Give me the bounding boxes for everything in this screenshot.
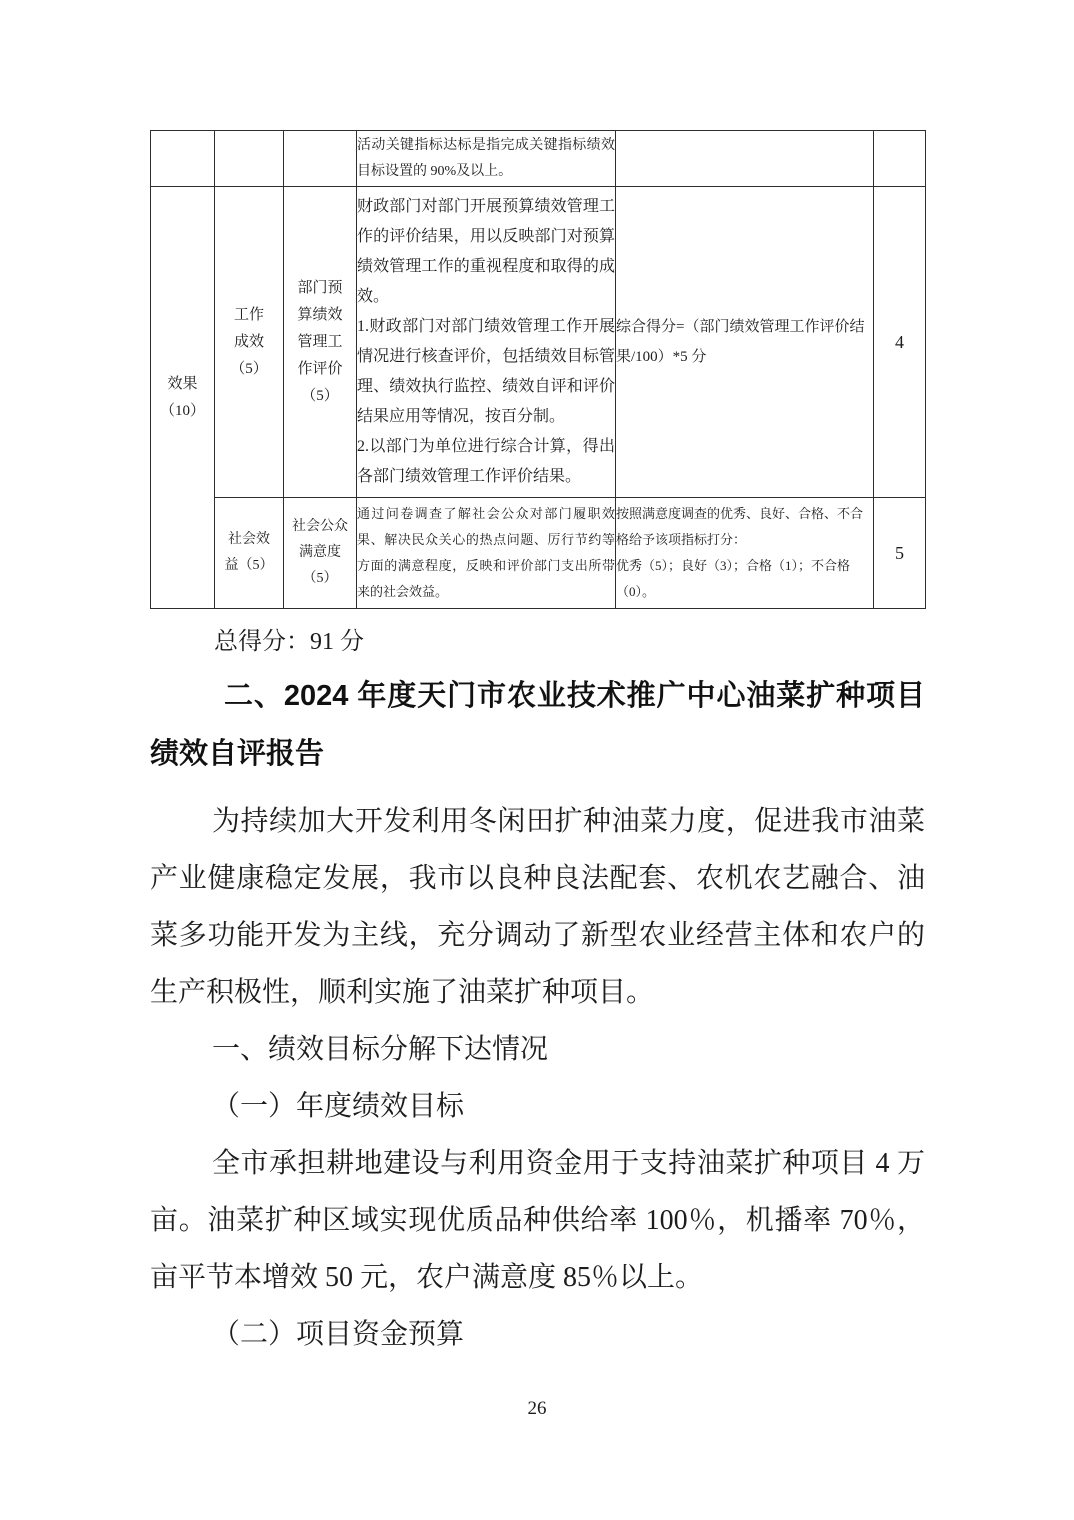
table-row-work-effect: 效果 （10） 工作 成效 （5） 部门预 算绩效 管理工 作评价 （5） 财政…	[151, 187, 926, 498]
empty-detail-indicator-cell	[284, 131, 357, 187]
carryover-criteria-cell: 活动关键指标达标是指完成关键指标绩效目标设置的 90%及以上。	[357, 131, 616, 187]
detail-indicator-cell: 社会公众 满意度 （5）	[284, 498, 357, 609]
section1-title: 一、绩效目标分解下达情况	[150, 1021, 925, 1078]
category-cell: 效果 （10）	[151, 187, 215, 609]
score-cell: 4	[874, 187, 926, 498]
indicator-description-cell: 通过问卷调查了解社会公众对部门履职效果、解决民众关心的热点问题、厉行节约等方面的…	[357, 498, 616, 609]
empty-sub-indicator-cell	[215, 131, 284, 187]
table-row-social-benefit: 社会效 益（5） 社会公众 满意度 （5） 通过问卷调查了解社会公众对部门履职效…	[151, 498, 926, 609]
sub-indicator-cell: 社会效 益（5）	[215, 498, 284, 609]
scoring-method-cell: 综合得分=（部门绩效管理工作评价结果/100）*5 分	[616, 187, 874, 498]
report-heading: 二、2024 年度天门市农业技术推广中心油菜扩种项目绩效自评报告	[150, 667, 925, 783]
scoring-method-cell: 按照满意度调查的优秀、良好、合格、不合格给予该项指标打分： 优秀（5）；良好（3…	[616, 498, 874, 609]
intro-paragraph: 为持续加大开发利用冬闲田扩种油菜力度，促进我市油菜产业健康稳定发展，我市以良种良…	[150, 793, 925, 1021]
document-content: 活动关键指标达标是指完成关键指标绩效目标设置的 90%及以上。 效果 （10） …	[150, 130, 925, 1363]
table-row-carryover: 活动关键指标达标是指完成关键指标绩效目标设置的 90%及以上。	[151, 131, 926, 187]
sub-indicator-cell: 工作 成效 （5）	[215, 187, 284, 498]
empty-scoring-cell	[616, 131, 874, 187]
empty-category-cell	[151, 131, 215, 187]
performance-indicator-table: 活动关键指标达标是指完成关键指标绩效目标设置的 90%及以上。 效果 （10） …	[150, 130, 926, 609]
document-page: 活动关键指标达标是指完成关键指标绩效目标设置的 90%及以上。 效果 （10） …	[0, 0, 1074, 1520]
total-score-line: 总得分：91 分	[150, 623, 925, 661]
indicator-description-cell: 财政部门对部门开展预算绩效管理工作的评价结果，用以反映部门对预算绩效管理工作的重…	[357, 187, 616, 498]
detail-indicator-cell: 部门预 算绩效 管理工 作评价 （5）	[284, 187, 357, 498]
page-number: 26	[0, 1398, 1074, 1420]
section1-paragraph: 全市承担耕地建设与利用资金用于支持油菜扩种项目 4 万亩。油菜扩种区域实现优质品…	[150, 1135, 925, 1306]
section1-subtitle-1: （一）年度绩效目标	[150, 1078, 925, 1135]
score-cell: 5	[874, 498, 926, 609]
section1-subtitle-2: （二）项目资金预算	[150, 1306, 925, 1363]
empty-score-cell	[874, 131, 926, 187]
